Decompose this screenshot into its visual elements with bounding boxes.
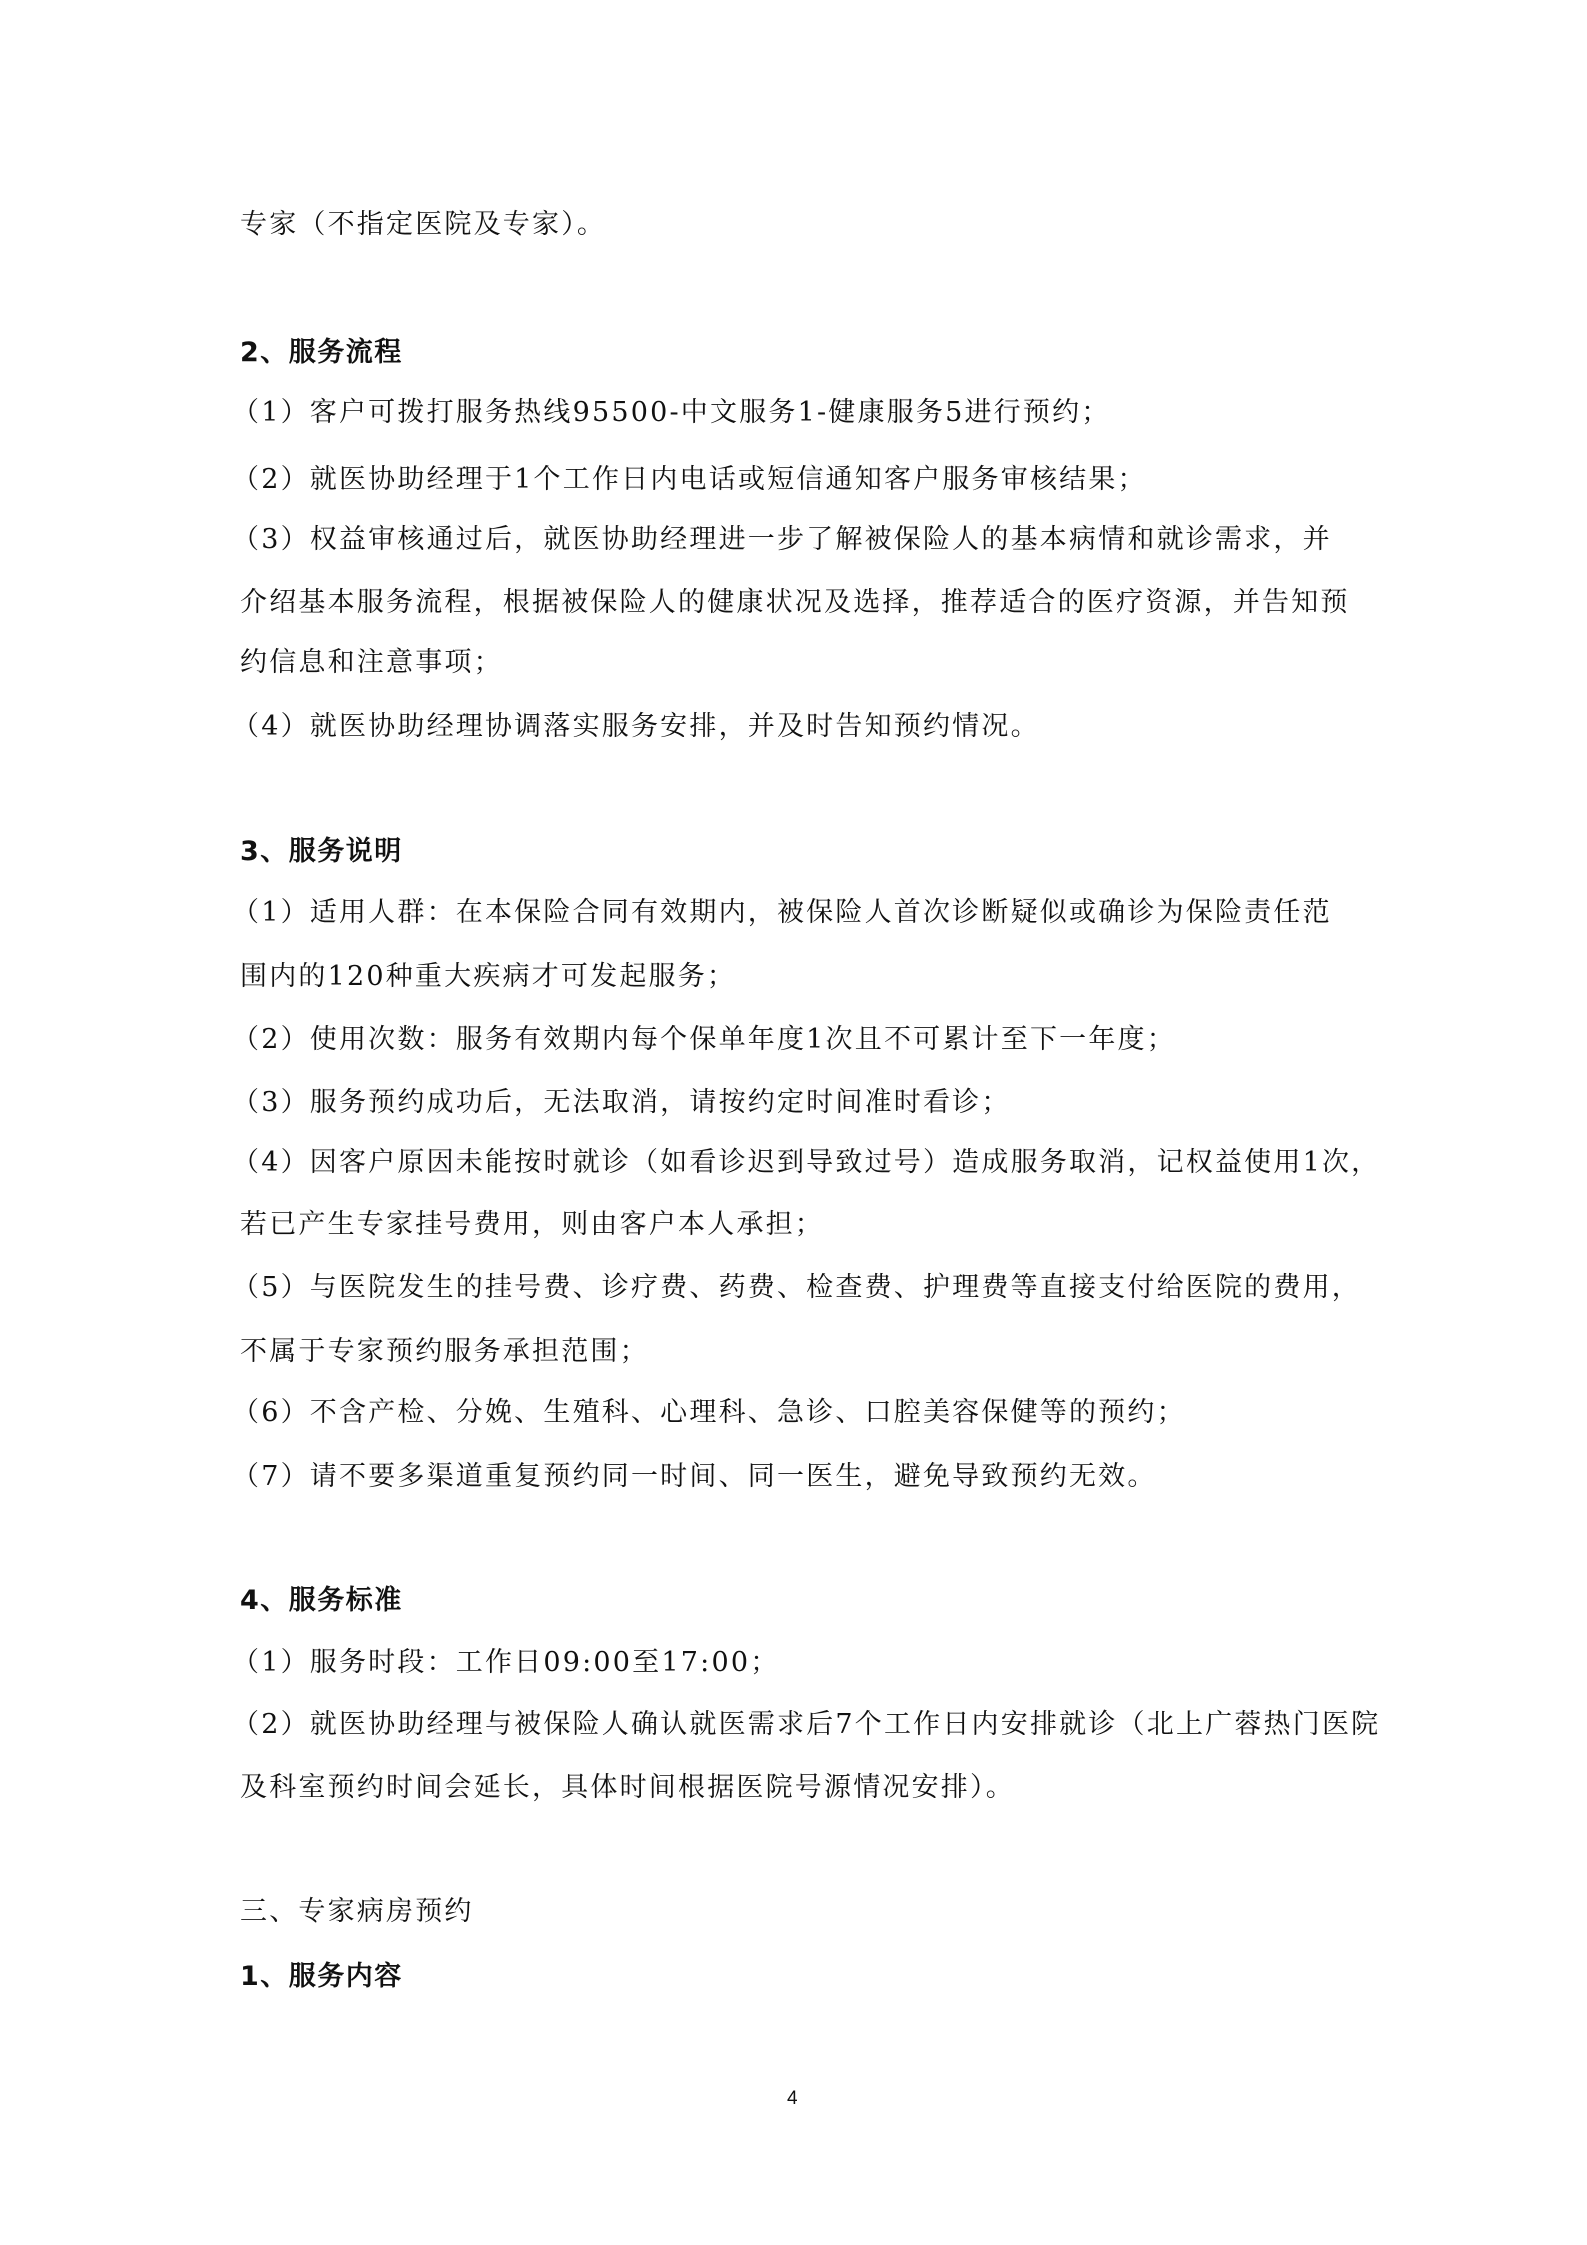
notes-item-1: （1）适用人群：在本保险合同有效期内，被保险人首次诊断疑似或确诊为保险责任范: [232, 895, 1332, 931]
standard-item-2: （2）就医协助经理与被保险人确认就医需求后7个工作日内安排就诊（北上广蓉热门医院: [232, 1707, 1380, 1743]
standard-item-2-cont: 及科室预约时间会延长，具体时间根据医院号源情况安排）。: [240, 1770, 1015, 1806]
chapter-heading: 三、专家病房预约: [240, 1894, 474, 1930]
notes-item-7: （7）请不要多渠道重复预约同一时间、同一医生，避免导致预约无效。: [232, 1459, 1157, 1495]
process-item-3: （3）权益审核通过后，就医协助经理进一步了解被保险人的基本病情和就诊需求，并: [232, 522, 1332, 558]
document-page: 专家（不指定医院及专家）。 2、服务流程 （1）客户可拨打服务热线95500-中…: [0, 0, 1587, 2245]
page-number: 4: [787, 2088, 798, 2110]
notes-item-6: （6）不含产检、分娩、生殖科、心理科、急诊、口腔美容保健等的预约；: [232, 1395, 1186, 1431]
notes-item-2: （2）使用次数：服务有效期内每个保单年度1次且不可累计至下一年度；: [232, 1022, 1176, 1058]
process-item-1: （1）客户可拨打服务热线95500-中文服务1-健康服务5进行预约；: [232, 395, 1110, 431]
section-heading-service-notes: 3、服务说明: [240, 834, 403, 870]
notes-item-4-cont: 若已产生专家挂号费用，则由客户本人承担；: [240, 1207, 824, 1243]
process-item-2: （2）就医协助经理于1个工作日内电话或短信通知客户服务审核结果；: [232, 462, 1147, 498]
notes-item-4: （4）因客户原因未能按时就诊（如看诊迟到导致过号）造成服务取消，记权益使用1次，: [232, 1145, 1380, 1181]
process-item-3-cont-2: 约信息和注意事项；: [240, 645, 503, 681]
section-heading-service-standard: 4、服务标准: [240, 1583, 403, 1619]
section-heading-service-process: 2、服务流程: [240, 335, 403, 371]
process-item-3-cont-1: 介绍基本服务流程，根据被保险人的健康状况及选择，推荐适合的医疗资源，并告知预: [240, 585, 1350, 621]
sub-heading-service-content: 1、服务内容: [240, 1959, 403, 1995]
standard-item-1: （1）服务时段：工作日09:00至17:00；: [232, 1645, 779, 1681]
notes-item-5: （5）与医院发生的挂号费、诊疗费、药费、检查费、护理费等直接支付给医院的费用，: [232, 1270, 1361, 1306]
process-item-4: （4）就医协助经理协调落实服务安排，并及时告知预约情况。: [232, 709, 1040, 745]
continuation-text: 专家（不指定医院及专家）。: [240, 207, 606, 243]
notes-item-3: （3）服务预约成功后，无法取消，请按约定时间准时看诊；: [232, 1085, 1011, 1121]
notes-item-1-cont: 围内的120种重大疾病才可发起服务；: [240, 959, 736, 995]
notes-item-5-cont: 不属于专家预约服务承担范围；: [240, 1334, 649, 1370]
